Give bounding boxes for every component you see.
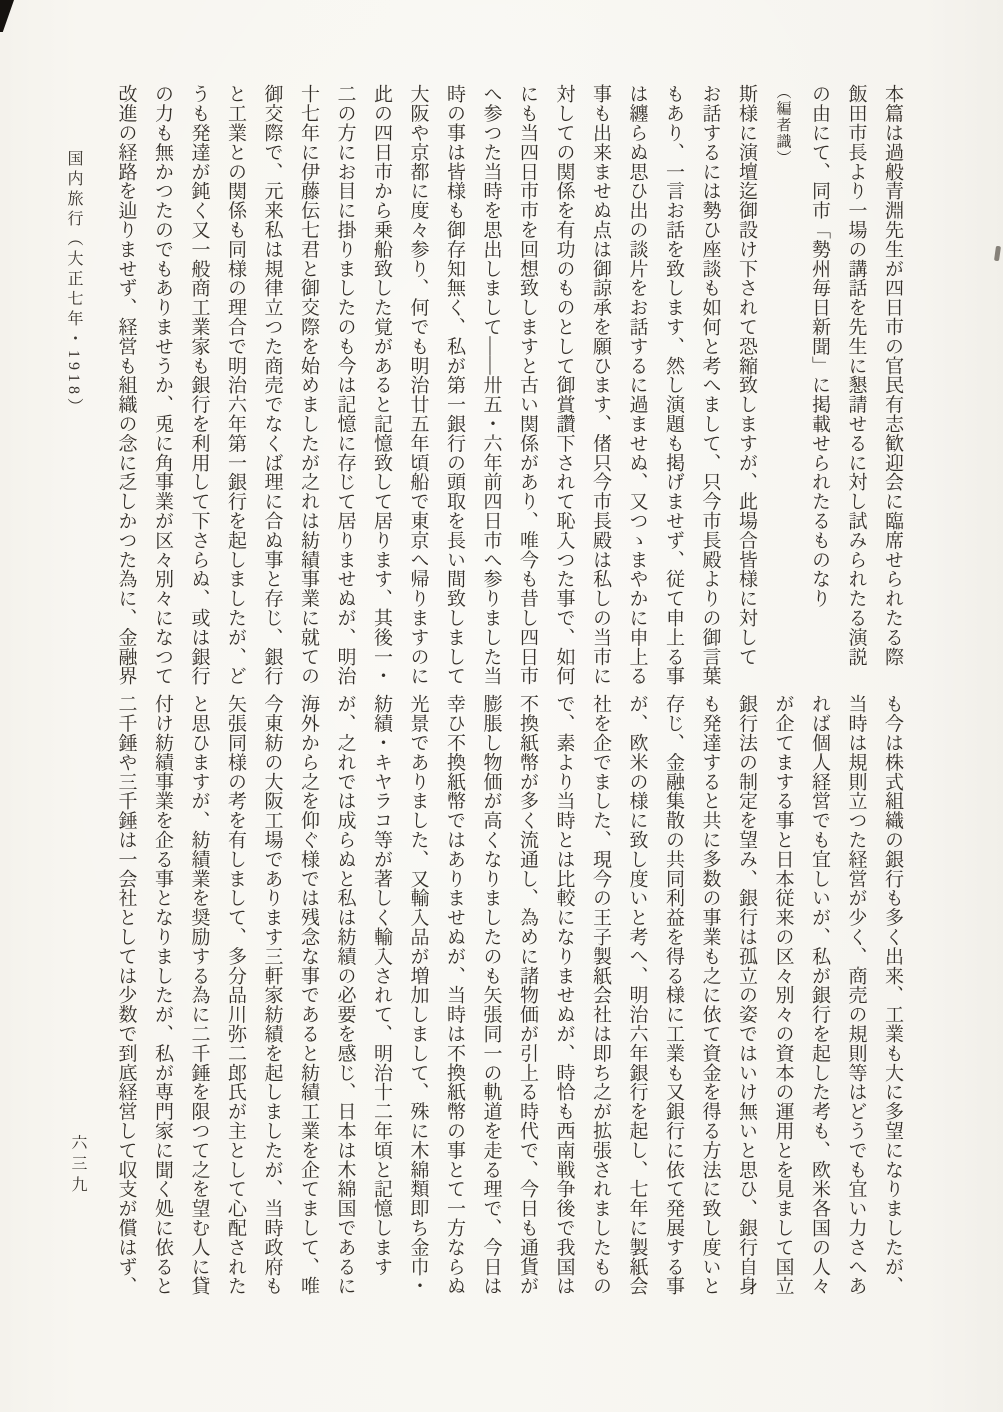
top-text-block: 本篇は過般青淵先生が四日市の官民有志歓迎会に臨席せられたる際飯田市長より一場の講… xyxy=(107,84,910,684)
text-column: 今東紡の大阪工場であります三軒家紡績を起しましたが、当時政府も xyxy=(253,694,290,1314)
text-column: 不換紙幣が多く流通し、為めに諸物価が引上る時代で、今日も通貨が xyxy=(509,694,546,1314)
text-column: 改進の経路を辿りませず、経営も組織の念に乏しかつた為に、金融界 xyxy=(107,84,144,684)
text-column: うも発達が鈍く又一般商工業家も銀行を利用して下さらぬ、或は銀行 xyxy=(180,84,217,684)
text-column: 海外から之を仰ぐ様では残念な事であると紡績工業を企てまして、唯 xyxy=(290,694,327,1314)
text-column: 銀行法の制定を望み、銀行は孤立の姿ではいけ無いと思ひ、銀行自身 xyxy=(728,694,765,1314)
text-column: も発達すると共に多数の事業も之に依て資金を得る方法に致し度いと xyxy=(691,694,728,1314)
text-column: 斯様に演壇迄御設け下されて恐縮致しますが、此場合皆様に対して xyxy=(728,84,765,684)
text-column: 十七年に伊藤伝七君と御交際を始めましたが之れは紡績事業に就ての xyxy=(290,84,327,684)
text-column: 時の事は皆様も御存知無く、私が第一銀行の頭取を長い間致しまして xyxy=(436,84,473,684)
text-column: 事も出来ませぬ点は御諒承を願ひます、偖只今市長殿は私しの当市に xyxy=(582,84,619,684)
text-column: 存じ、金融集散の共同利益を得る様に工業も又銀行に依て発展する事 xyxy=(655,694,692,1314)
scan-artifact-corner xyxy=(0,0,14,32)
text-column: 幸ひ不換紙幣ではありませぬが、当時は不換紙幣の事とて一方ならぬ xyxy=(436,694,473,1314)
text-column: と工業との関係も同様の理合で明治六年第一銀行を起しましたが、ど xyxy=(217,84,254,684)
text-column: 此の四日市から乗船致した覚があると記憶致して居ります、其後一・ xyxy=(363,84,400,684)
text-column: は纏らぬ思ひ出の談片をお話するに過ませぬ、又つゝまやかに申上る xyxy=(618,84,655,684)
text-column: 付け紡績事業を企る事となりましたが、私が専門家に聞く処に依ると xyxy=(144,694,181,1314)
text-column: が企てまする事と日本従来の区々別々の資本の運用とを見まして国立 xyxy=(764,694,801,1314)
text-column: にも当四日市市を回想致しますと古い関係があり、唯今も昔し四日市 xyxy=(509,84,546,684)
text-column: れば個人経営でも宜しいが、私が銀行を起した考も、欧米各国の人々 xyxy=(801,694,838,1314)
text-column: 二千錘や三千錘は一会社としては少数で到底経営して収支が償はず、 xyxy=(107,694,144,1314)
text-column: 二の方にお目に掛りましたのも今は記憶に存じて居りませぬが、明治 xyxy=(326,84,363,684)
text-column: 御交際で、元来私は規律立つた商売でなくば理に合ぬ事と存じ、銀行 xyxy=(253,84,290,684)
speech-paragraph-top: 斯様に演壇迄御設け下されて恐縮致しますが、此場合皆様に対してお話するには勢ひ座談… xyxy=(107,84,764,684)
scan-artifact-speck xyxy=(994,246,1001,262)
page-number: 六三九 xyxy=(66,1134,89,1254)
text-column: 膨脹し物価が高くなりましたのも矢張同一の軌道を走る理で、今日は xyxy=(472,694,509,1314)
text-column: 飯田市長より一場の講話を先生に懇請せるに対し試みられたる演説 xyxy=(837,84,874,684)
text-column: で、素より当時とは比較になりませぬが、時恰も西南戦争後で我国は xyxy=(545,694,582,1314)
text-column: 当時は規則立つた経営が少く、商売の規則等はどうでも宜い力さへあ xyxy=(837,694,874,1314)
text-column: 社を企でました、現今の王子製紙会社は即ち之が拡張されましたもの xyxy=(582,694,619,1314)
bottom-text-block: も今は株式組織の銀行も多く出来、工業も大に多望になりましたが、当時は規則立つた経… xyxy=(107,694,910,1314)
text-column: が、欧米の様に致し度いと考へ、明治六年銀行を起し、七年に製紙会 xyxy=(618,694,655,1314)
editor-intro-paragraph: 本篇は過般青淵先生が四日市の官民有志歓迎会に臨席せられたる際飯田市長より一場の講… xyxy=(801,84,911,684)
text-column: と思ひますが、紡績業を奨励する為に二千錘を限つて之を望む人に貸 xyxy=(180,694,217,1314)
text-column: も今は株式組織の銀行も多く出来、工業も大に多望になりましたが、 xyxy=(874,694,911,1314)
text-column: 紡績・キヤラコ等が著しく輸入されて、明治十二年頃と記憶します xyxy=(363,694,400,1314)
text-column: の力も無かつたのでもありませうか、兎に角事業が区々別々になつて xyxy=(144,84,181,684)
text-column: が、之れでは成らぬと私は紡績の必要を感じ、日本は木綿国であるに xyxy=(326,694,363,1314)
editor-credit: （編者識） xyxy=(764,84,801,684)
text-column: お話するには勢ひ座談も如何と考へまして、只今市長殿よりの御言葉 xyxy=(691,84,728,684)
margin-section-title: 国内旅行（大正七年・1918） xyxy=(62,150,85,670)
text-column: へ参つた当時を思出しまして――卅五・六年前四日市へ参りました当 xyxy=(472,84,509,684)
text-column: もあり、一言お話を致します、然し演題も掲げませず、従て申上る事 xyxy=(655,84,692,684)
text-column: 大阪や京都に度々参り、何でも明治廿五年頃船で東京へ帰りますのに xyxy=(399,84,436,684)
text-column: 矢張同様の考を有しまして、多分品川弥二郎氏が主として心配された xyxy=(217,694,254,1314)
text-column: 本篇は過般青淵先生が四日市の官民有志歓迎会に臨席せられたる際 xyxy=(874,84,911,684)
speech-paragraph-bottom: も今は株式組織の銀行も多く出来、工業も大に多望になりましたが、当時は規則立つた経… xyxy=(107,694,910,1314)
scanned-book-page: 本篇は過般青淵先生が四日市の官民有志歓迎会に臨席せられたる際飯田市長より一場の講… xyxy=(0,0,1003,1412)
text-column: の由にて、同市「勢州毎日新聞」に掲載せられたるものなり xyxy=(801,84,838,684)
text-column: 光景でありました、又輸入品が増加しまして、殊に木綿類即ち金巾・ xyxy=(399,694,436,1314)
text-column: 対しての関係を有功のものとして御賞讚下されて恥入つた事で、如何 xyxy=(545,84,582,684)
